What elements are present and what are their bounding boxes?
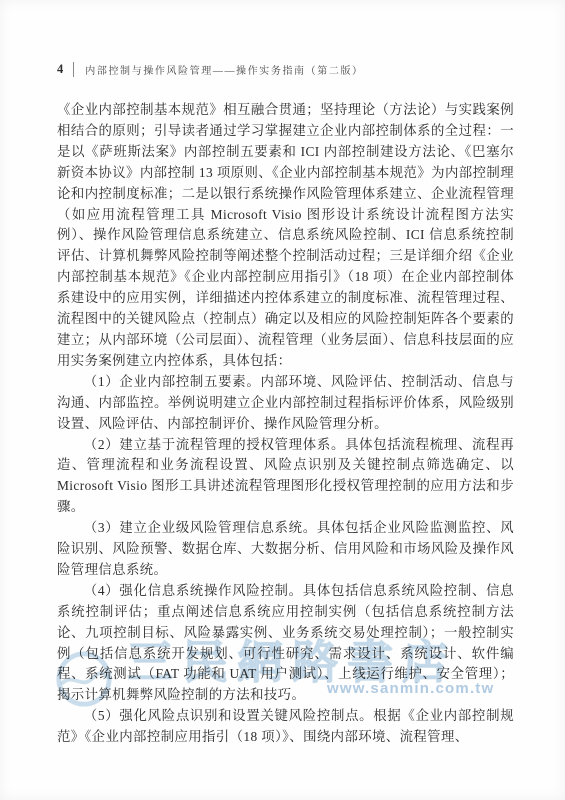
paragraph-continuation: 《企业内部控制基本规范》相互融合贯通；坚持理论（方法论）与实践案例相结合的原则；… [57, 100, 514, 372]
paragraph-item-1: （1）企业内部控制五要素。内部环境、风险评估、控制活动、信息与沟通、内部监控。举… [57, 372, 514, 435]
body-text-block: 《企业内部控制基本规范》相互融合贯通；坚持理论（方法论）与实践案例相结合的原则；… [57, 100, 514, 748]
book-page: 三民網路書店 www.sanmin.com.tw 4 内部控制与操作风险管理——… [0, 0, 565, 800]
running-title: 内部控制与操作风险管理——操作实务指南（第二版） [85, 62, 363, 77]
paragraph-item-3: （3）建立企业级风险管理信息系统。具体包括企业风险监测监控、风险识别、风险预警、… [57, 518, 514, 581]
header-divider [73, 62, 74, 77]
paragraph-item-5: （5）强化风险点识别和设置关键风险控制点。根据《企业内部控制规范》《企业内部控制… [57, 706, 514, 748]
paragraph-item-2: （2）建立基于流程管理的授权管理体系。具体包括流程梳理、流程再造、管理流程和业务… [57, 435, 514, 519]
page-number: 4 [57, 62, 73, 77]
running-header: 4 内部控制与操作风险管理——操作实务指南（第二版） [57, 62, 514, 77]
paragraph-item-4: （4）强化信息系统操作风险控制。具体包括信息系统风险控制、信息系统控制评估；重点… [57, 581, 514, 706]
